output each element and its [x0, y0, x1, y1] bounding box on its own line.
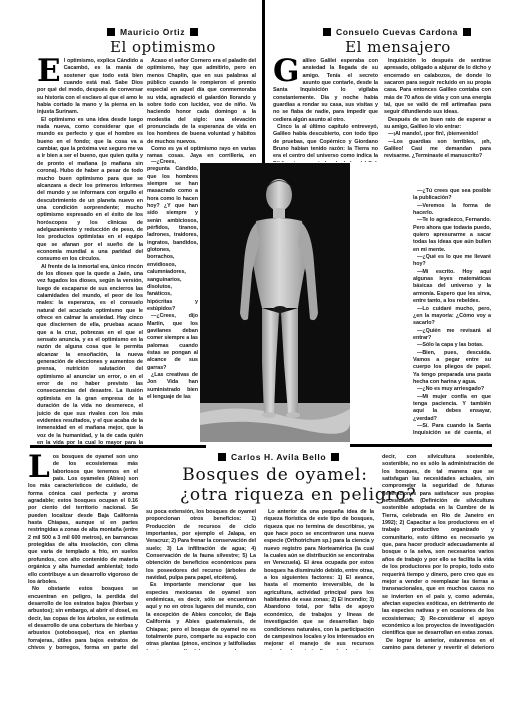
article-column: E l optimismo, explica Cándido a Cacambó… — [37, 58, 143, 446]
paragraph: De lograr lo anterior, estaremos en el c… — [382, 638, 494, 650]
headline-optimismo: El optimismo — [110, 38, 206, 56]
paragraph: —Veremos la forma de hacerlo. — [413, 203, 491, 218]
article-column: G alileo Galilei esperaba con ansiedad l… — [273, 58, 378, 162]
paragraph: —Lo cuidaré mucho, pero, ¿en la mayoría:… — [413, 306, 491, 328]
byline-author: Mauricio Ortiz — [120, 27, 185, 37]
paragraph: —Sí. Para cuando la Santa Inquisición se… — [413, 423, 491, 438]
square-bullet-icon — [190, 28, 198, 36]
paragraph: Al frente de la inmortal era, único rinc… — [37, 264, 143, 446]
paragraph: —¿Tú crees que sea posible la publicació… — [413, 188, 491, 203]
article-column: su poca extensión, los bosques de oyamel… — [146, 509, 256, 650]
headline-bosques-line2: ¿otra riqueza en peligro? — [180, 485, 370, 505]
byline-author: Carlos H. Avila Bello — [231, 452, 326, 462]
paragraph: No obstante estos bosques se encuentran … — [28, 586, 138, 650]
article-photograph — [200, 163, 350, 442]
article-column: L os bosques de oyamel son uno de los ec… — [28, 454, 138, 650]
headline-mensajero: El mensajero — [343, 38, 453, 56]
byline-author: Consuelo Cuevas Cardona — [336, 27, 458, 37]
section-divider — [30, 445, 206, 448]
article-column: —¿Crees, pregunta Cándido, que los hombr… — [147, 159, 198, 445]
paragraph: —Sólo la capa y las botas. — [413, 342, 491, 349]
paragraph: Después de un buen rato de esperar a su … — [384, 117, 491, 132]
paragraph: —¡Al mando!, ¡por fin!, ¡bienvenido! — [384, 131, 491, 138]
paragraph: Inquisición lo después de sentirse apres… — [384, 58, 491, 117]
square-bullet-icon — [107, 28, 115, 36]
paragraph: —Mi mujer confía en que tenga paciencia.… — [413, 394, 491, 423]
paragraph: ¿Las creativas de Jon Vida han suministr… — [147, 372, 198, 401]
drop-cap: L — [28, 455, 50, 479]
paragraph: Como es ya el optimismo rayo en varias r… — [147, 146, 256, 158]
paragraph: Es importante mencionar que las especies… — [146, 582, 256, 650]
article-column: decir, con silvicultura sostenible, sost… — [382, 454, 494, 650]
paragraph: su poca extensión, los bosques de oyamel… — [146, 509, 256, 582]
section-divider — [350, 444, 492, 447]
paragraph: Lo anterior da una pequeña idea de la ri… — [264, 509, 374, 650]
paragraph: Acaso el señor Cornero era el paladín de… — [147, 58, 256, 146]
paragraph: —Mi escrito. Hoy aquí algunas leyes mate… — [413, 269, 491, 306]
paragraph: —Los guardias son terribles, ¡eh, Galile… — [384, 139, 491, 158]
square-bullet-icon — [463, 28, 471, 36]
standing-figure-image — [200, 163, 350, 442]
paragraph: —¿No es muy arriesgado? — [413, 386, 491, 393]
headline-bosques-line1: Bosques de oyamel: — [180, 465, 370, 485]
paragraph: —Bien, pues, descuida. Vamos a pegar ent… — [413, 350, 491, 387]
paragraph: El optimismo es una idea desde luego nad… — [37, 117, 143, 264]
article-column: Acaso el señor Cornero era el paladín de… — [147, 58, 256, 158]
paragraph: —Te lo agradezco, Fernando. Pero ahora q… — [413, 217, 491, 254]
article-column: —¿Tú crees que sea posible la publicació… — [413, 188, 491, 438]
square-bullet-icon — [218, 453, 226, 461]
drop-cap: E — [37, 59, 61, 83]
byline-optimismo: Mauricio Ortiz — [107, 27, 198, 37]
article-column: Lo anterior da una pequeña idea de la ri… — [264, 509, 374, 650]
paragraph: Cinco la al último capítulo entreveyó, G… — [273, 124, 378, 162]
paragraph: —¿Crees, pregunta Cándido, que los hombr… — [147, 159, 198, 313]
byline-mensajero: Consuelo Cuevas Cardona — [323, 27, 471, 37]
article-column: Inquisición lo después de sentirse apres… — [384, 58, 491, 158]
drop-cap: G — [273, 59, 299, 83]
byline-bosques: Carlos H. Avila Bello — [218, 452, 339, 462]
square-bullet-icon — [323, 28, 331, 36]
paragraph: —¿Quién me revisará al entrar? — [413, 328, 491, 343]
column-divider — [262, 0, 265, 163]
square-bullet-icon — [331, 453, 339, 461]
paragraph: —¿Qué es lo que me llevaré hoy? — [413, 254, 491, 269]
paragraph: —¿Crees, dijo Martín, que los gavilanes … — [147, 313, 198, 372]
paragraph: decir, con silvicultura sostenible, sost… — [382, 454, 494, 638]
